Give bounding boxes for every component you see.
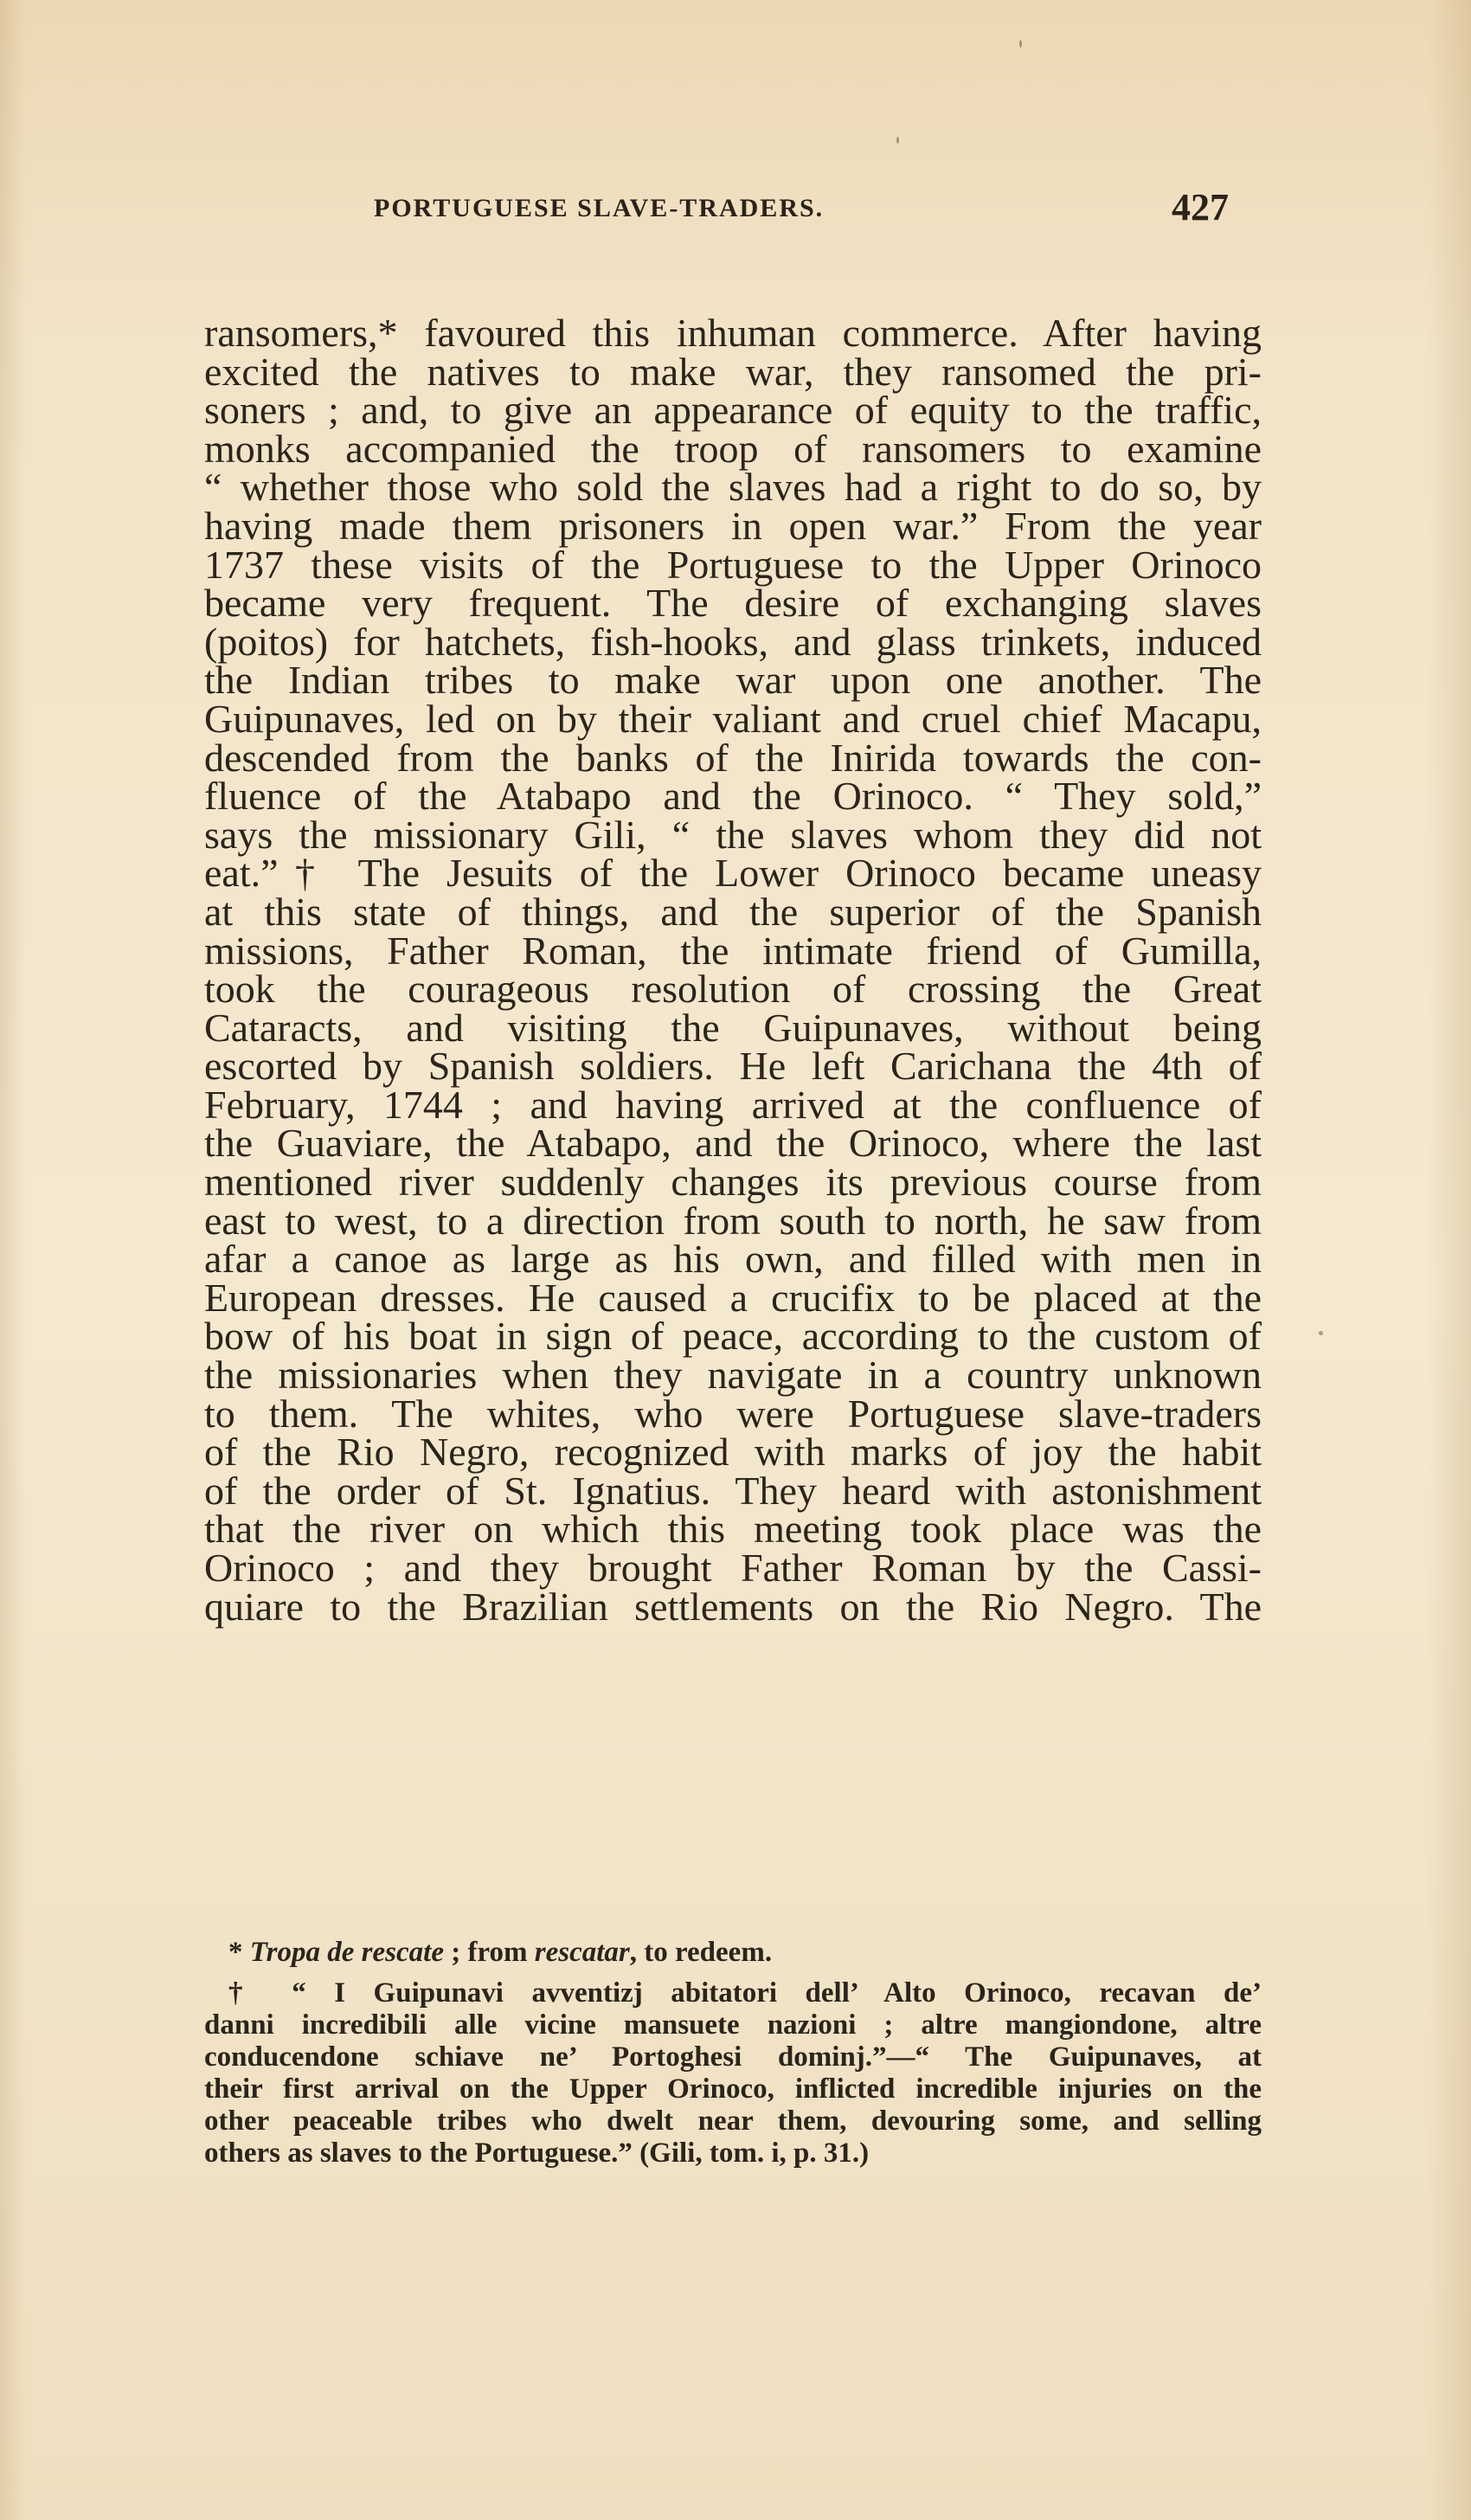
footnote-italic: Tropa de rescate: [250, 1937, 444, 1968]
body-line: Orinoco ; and they brought Father Roman …: [204, 1549, 1262, 1588]
running-title: Portuguese Slave-Traders.: [374, 194, 824, 223]
body-line: ransomers,* favoured this inhuman commer…: [204, 314, 1262, 353]
body-line: took the courageous resolution of crossi…: [204, 970, 1262, 1009]
footnote-text: , to redeem.: [630, 1937, 772, 1968]
body-line: European dresses. He caused a crucifix t…: [204, 1279, 1262, 1318]
paper-speck: [1019, 40, 1022, 48]
footnote-2-line: their first arrival on the Upper Orinoco…: [204, 2073, 1262, 2105]
body-line: at this state of things, and the superio…: [204, 893, 1262, 932]
paper-speck: [1319, 1331, 1323, 1335]
body-line: (poitos) for hatchets, fish-hooks, and g…: [204, 623, 1262, 662]
body-line: east to west, to a direction from south …: [204, 1202, 1262, 1241]
body-line: afar a canoe as large as his own, and fi…: [204, 1240, 1262, 1279]
body-line: that the river on which this meeting too…: [204, 1510, 1262, 1549]
body-line: Cataracts, and visiting the Guipunaves, …: [204, 1009, 1262, 1048]
footnote-2-line: other peaceable tribes who dwelt near th…: [204, 2105, 1262, 2137]
body-line: excited the natives to make war, they ra…: [204, 353, 1262, 392]
body-line: Guipunaves, led on by their valiant and …: [204, 700, 1262, 739]
footnote-marker: *: [228, 1937, 243, 1968]
body-line: became very frequent. The desire of exch…: [204, 584, 1262, 623]
body-line: “ whether those who sold the slaves had …: [204, 468, 1262, 507]
body-line: February, 1744 ; and having arrived at t…: [204, 1086, 1262, 1125]
body-line: to them. The whites, who were Portuguese…: [204, 1395, 1262, 1434]
body-line: bow of his boat in sign of peace, accord…: [204, 1317, 1262, 1356]
body-line: mentioned river suddenly changes its pre…: [204, 1163, 1262, 1202]
body-line: escorted by Spanish soldiers. He left Ca…: [204, 1047, 1262, 1086]
paper-speck: [896, 137, 899, 144]
body-line: the Indian tribes to make war upon one a…: [204, 661, 1262, 700]
body-line: the missionaries when they navigate in a…: [204, 1356, 1262, 1395]
body-line: eat.”† The Jesuits of the Lower Orinoco …: [204, 854, 1262, 893]
body-line: descended from the banks of the Inirida …: [204, 739, 1262, 778]
body-line: fluence of the Atabapo and the Orinoco. …: [204, 777, 1262, 816]
footnote-text: ; from: [444, 1937, 535, 1968]
body-line: of the Rio Negro, recognized with marks …: [204, 1433, 1262, 1472]
body-line: soners ; and, to give an appearance of e…: [204, 391, 1262, 430]
footnote-1: * Tropa de rescate ; from rescatar, to r…: [204, 1937, 1262, 1969]
footnote-2-line: danni incredibili alle vicine mansuete n…: [204, 2009, 1262, 2041]
page-number: 427: [1172, 185, 1229, 229]
footnote-2-line: † “ I Guipunavi avventizj abitatori dell…: [204, 1977, 1262, 2009]
body-line: having made them prisoners in open war.”…: [204, 507, 1262, 546]
body-line: monks accompanied the troop of ransomers…: [204, 430, 1262, 469]
footnote-2-line: conducendone schiave ne’ Portoghesi domi…: [204, 2041, 1262, 2073]
footnotes: * Tropa de rescate ; from rescatar, to r…: [204, 1937, 1262, 2170]
body-line: the Guaviare, the Atabapo, and the Orino…: [204, 1124, 1262, 1163]
body-line: quiare to the Brazilian settlements on t…: [204, 1588, 1262, 1627]
footnote-italic: rescatar: [535, 1937, 630, 1968]
body-text: ransomers,* favoured this inhuman commer…: [204, 314, 1262, 1626]
running-head: Portuguese Slave-Traders. 427: [374, 185, 1239, 237]
book-page: Portuguese Slave-Traders. 427 ransomers,…: [0, 0, 1471, 2520]
body-line: missions, Father Roman, the intimate fri…: [204, 932, 1262, 971]
body-line: 1737 these visits of the Portuguese to t…: [204, 546, 1262, 585]
body-line: of the order of St. Ignatius. They heard…: [204, 1472, 1262, 1511]
body-line: says the missionary Gili, “ the slaves w…: [204, 816, 1262, 855]
footnote-2-line: others as slaves to the Portuguese.” (Gi…: [204, 2137, 1262, 2170]
